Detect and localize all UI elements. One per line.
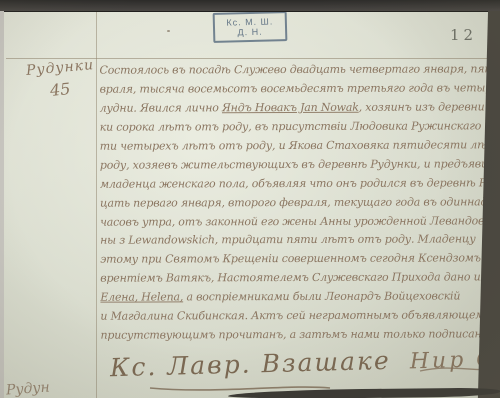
text-line: врентіемъ Ватякъ, Настоятелемъ Служевска… bbox=[100, 271, 492, 291]
text-line: этому при Святомъ Крещеніи совершенномъ … bbox=[100, 252, 492, 272]
photo-mat-bottom bbox=[228, 388, 500, 398]
page-number: 12 bbox=[450, 26, 477, 44]
text-line: ки сорока лѣтъ отъ роду, въ присутствіи … bbox=[100, 119, 492, 139]
paper-speck bbox=[167, 30, 170, 32]
text-line: цать перваго января, второго февраля, те… bbox=[100, 195, 492, 215]
margin-act-number: 45 bbox=[49, 79, 71, 100]
page-photo: Кс. М. Ш. Д. Н. 12 Рудунки 45 Рудун Сост… bbox=[0, 0, 500, 398]
text-line: часовъ утра, отъ законной его жены Анны … bbox=[100, 214, 492, 234]
text-line: Елена, Helena, а воспріемниками были Лео… bbox=[100, 290, 492, 310]
stamp-line-1: Кс. М. Ш. bbox=[226, 16, 273, 27]
text-line: роду, хозяевъ жительствующихъ въ деревнѣ… bbox=[100, 157, 492, 177]
photo-mat-top bbox=[0, 0, 500, 12]
stamp-line-2: Д. Н. bbox=[237, 27, 262, 38]
text-line: и Магдалина Скибинская. Актъ сей неграмо… bbox=[100, 309, 492, 329]
margin-place-name: Рудунки bbox=[25, 57, 94, 79]
text-line: ны з Lewandowskich, тридцати пяти лѣтъ о… bbox=[100, 233, 492, 253]
text-line: ти четырехъ лѣтъ отъ роду, и Якова Стахо… bbox=[100, 138, 492, 158]
archive-stamp: Кс. М. Ш. Д. Н. bbox=[213, 11, 288, 43]
text-line: лудни. Явился лично Яндъ Новакъ Jan Nowa… bbox=[100, 100, 492, 120]
photo-edge-left bbox=[0, 11, 4, 398]
text-line: младенца женскаго пола, объявляя что онъ… bbox=[100, 176, 492, 196]
text-line: Состоялось въ посадѣ Служево двадцать че… bbox=[100, 62, 492, 82]
text-line: враля, тысяча восемьсотъ восемьдесятъ тр… bbox=[100, 81, 492, 101]
signature-name: Кс. Лавр. Взашаке bbox=[110, 346, 391, 382]
record-text: Состоялось въ посадѣ Служево двадцать че… bbox=[100, 62, 493, 347]
next-entry-partial: Рудун bbox=[5, 379, 50, 398]
margin-rule-vertical bbox=[96, 11, 97, 398]
